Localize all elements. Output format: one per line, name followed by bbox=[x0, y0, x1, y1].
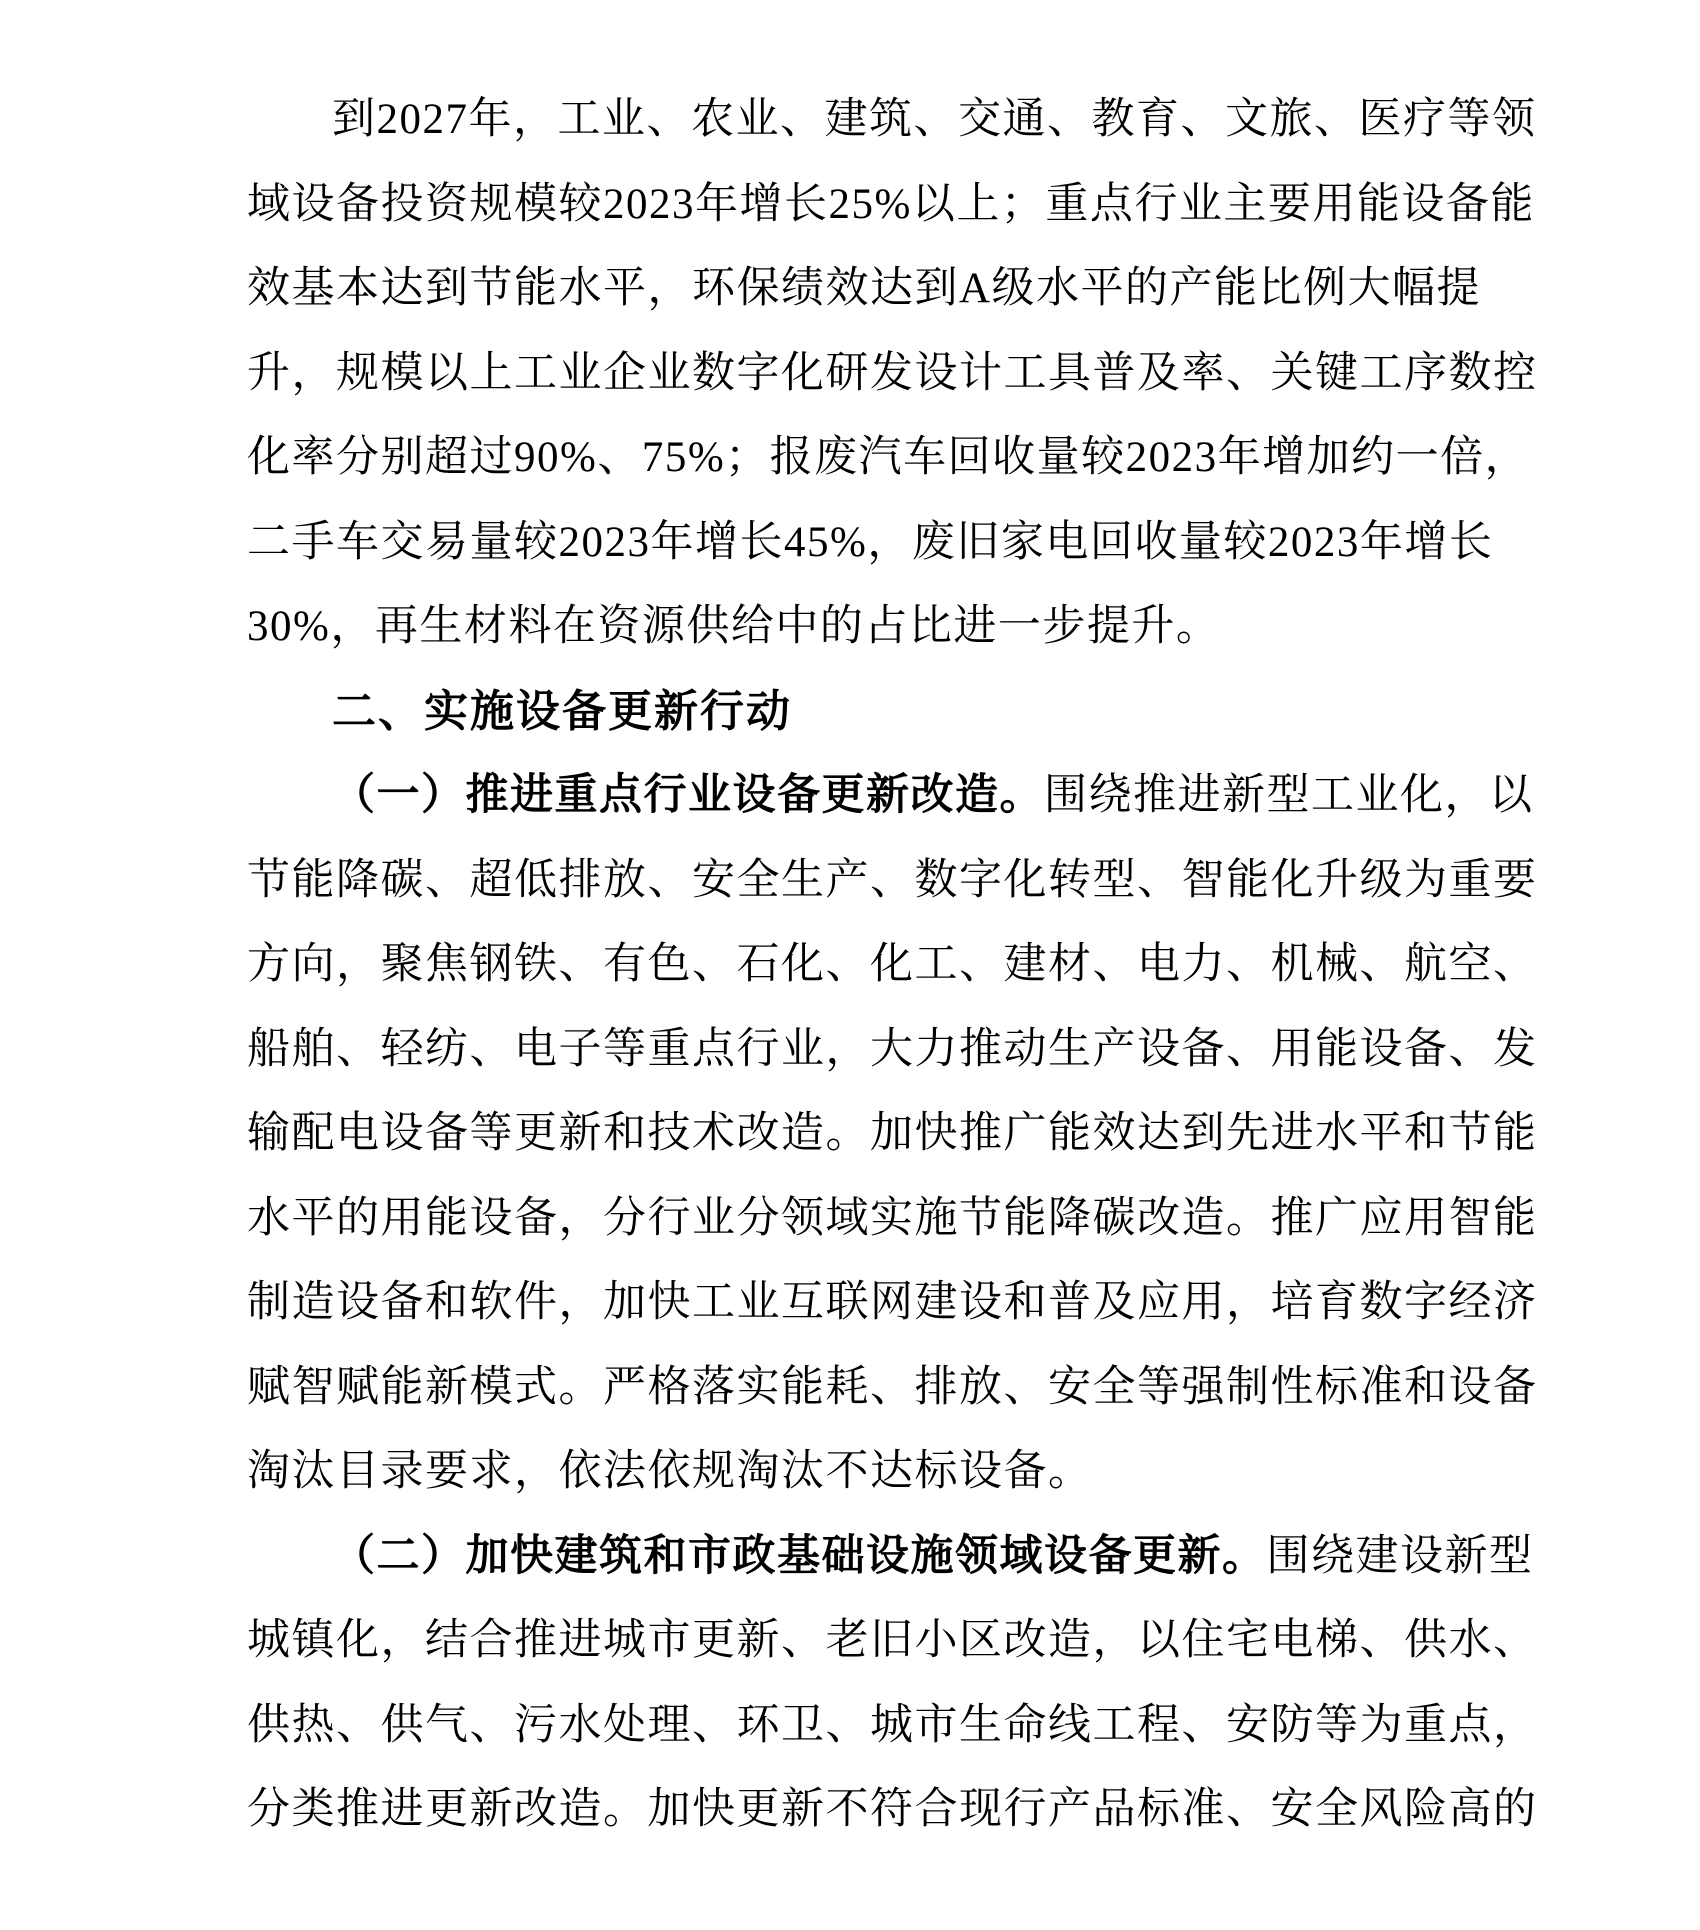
document-body: 到2027年，工业、农业、建筑、交通、教育、文旅、医疗等领域设备投资规模较202… bbox=[247, 78, 1477, 1853]
body-text: 水平的用能设备，分行业分领域实施节能降碳改造。推广应用智能 bbox=[247, 1195, 1538, 1242]
body-text: 域设备投资规模较2023年增长25%以上；重点行业主要用能设备能 bbox=[247, 181, 1535, 228]
text-line: 效基本达到节能水平，环保绩效达到A级水平的产能比例大幅提 bbox=[247, 247, 1477, 332]
text-line: 分类推进更新改造。加快更新不符合现行产品标准、安全风险高的 bbox=[247, 1768, 1477, 1853]
text-line: 节能降碳、超低排放、安全生产、数字化转型、智能化升级为重要 bbox=[247, 839, 1477, 924]
text-line: 水平的用能设备，分行业分领域实施节能降碳改造。推广应用智能 bbox=[247, 1177, 1477, 1262]
body-text: 方向，聚焦钢铁、有色、石化、化工、建材、电力、机械、航空、 bbox=[247, 941, 1538, 988]
text-line: 城镇化，结合推进城市更新、老旧小区改造，以住宅电梯、供水、 bbox=[247, 1599, 1477, 1684]
section-heading: 二、实施设备更新行动 bbox=[332, 687, 792, 736]
text-line: （二）加快建筑和市政基础设施领域设备更新。围绕建设新型 bbox=[247, 1515, 1477, 1600]
body-text: 城镇化，结合推进城市更新、老旧小区改造，以住宅电梯、供水、 bbox=[247, 1617, 1538, 1664]
body-text: 围绕建设新型 bbox=[1267, 1533, 1534, 1580]
text-line: 制造设备和软件，加快工业互联网建设和普及应用，培育数字经济 bbox=[247, 1261, 1477, 1346]
body-text: 制造设备和软件，加快工业互联网建设和普及应用，培育数字经济 bbox=[247, 1279, 1538, 1326]
text-line: 升，规模以上工业企业数字化研发设计工具普及率、关键工序数控 bbox=[247, 332, 1477, 417]
body-text: 30%，再生材料在资源供给中的占比进一步提升。 bbox=[247, 603, 1220, 650]
text-line: （一）推进重点行业设备更新改造。围绕推进新型工业化，以 bbox=[247, 754, 1477, 839]
document-page: 到2027年，工业、农业、建筑、交通、教育、文旅、医疗等领域设备投资规模较202… bbox=[0, 0, 1700, 1930]
text-line: 淘汰目录要求，依法依规淘汰不达标设备。 bbox=[247, 1430, 1477, 1515]
body-text: 分类推进更新改造。加快更新不符合现行产品标准、安全风险高的 bbox=[247, 1786, 1538, 1833]
body-text: 二手车交易量较2023年增长45%，废旧家电回收量较2023年增长 bbox=[247, 519, 1493, 566]
body-text: 输配电设备等更新和技术改造。加快推广能效达到先进水平和节能 bbox=[247, 1110, 1538, 1157]
text-line: 赋智赋能新模式。严格落实能耗、排放、安全等强制性标准和设备 bbox=[247, 1346, 1477, 1431]
body-text: 淘汰目录要求，依法依规淘汰不达标设备。 bbox=[247, 1448, 1093, 1495]
text-line: 到2027年，工业、农业、建筑、交通、教育、文旅、医疗等领 bbox=[247, 78, 1477, 163]
body-text: 船舶、轻纺、电子等重点行业，大力推动生产设备、用能设备、发 bbox=[247, 1026, 1538, 1073]
body-text: 化率分别超过90%、75%；报废汽车回收量较2023年增加约一倍， bbox=[247, 434, 1529, 481]
clause-title: （一）推进重点行业设备更新改造。 bbox=[332, 772, 1044, 819]
body-text: 到2027年，工业、农业、建筑、交通、教育、文旅、医疗等领 bbox=[332, 96, 1537, 143]
text-line: 域设备投资规模较2023年增长25%以上；重点行业主要用能设备能 bbox=[247, 163, 1477, 248]
text-line: 化率分别超过90%、75%；报废汽车回收量较2023年增加约一倍， bbox=[247, 416, 1477, 501]
body-text: 围绕推进新型工业化，以 bbox=[1044, 772, 1534, 819]
text-line: 方向，聚焦钢铁、有色、石化、化工、建材、电力、机械、航空、 bbox=[247, 923, 1477, 1008]
body-text: 升，规模以上工业企业数字化研发设计工具普及率、关键工序数控 bbox=[247, 350, 1538, 397]
text-line: 二、实施设备更新行动 bbox=[247, 670, 1477, 755]
text-line: 船舶、轻纺、电子等重点行业，大力推动生产设备、用能设备、发 bbox=[247, 1008, 1477, 1093]
text-line: 供热、供气、污水处理、环卫、城市生命线工程、安防等为重点， bbox=[247, 1684, 1477, 1769]
body-text: 效基本达到节能水平，环保绩效达到A级水平的产能比例大幅提 bbox=[247, 265, 1481, 312]
clause-title: （二）加快建筑和市政基础设施领域设备更新。 bbox=[332, 1533, 1267, 1580]
body-text: 赋智赋能新模式。严格落实能耗、排放、安全等强制性标准和设备 bbox=[247, 1364, 1538, 1411]
text-line: 输配电设备等更新和技术改造。加快推广能效达到先进水平和节能 bbox=[247, 1092, 1477, 1177]
body-text: 供热、供气、污水处理、环卫、城市生命线工程、安防等为重点， bbox=[247, 1702, 1538, 1749]
body-text: 节能降碳、超低排放、安全生产、数字化转型、智能化升级为重要 bbox=[247, 857, 1538, 904]
text-line: 30%，再生材料在资源供给中的占比进一步提升。 bbox=[247, 585, 1477, 670]
text-line: 二手车交易量较2023年增长45%，废旧家电回收量较2023年增长 bbox=[247, 501, 1477, 586]
